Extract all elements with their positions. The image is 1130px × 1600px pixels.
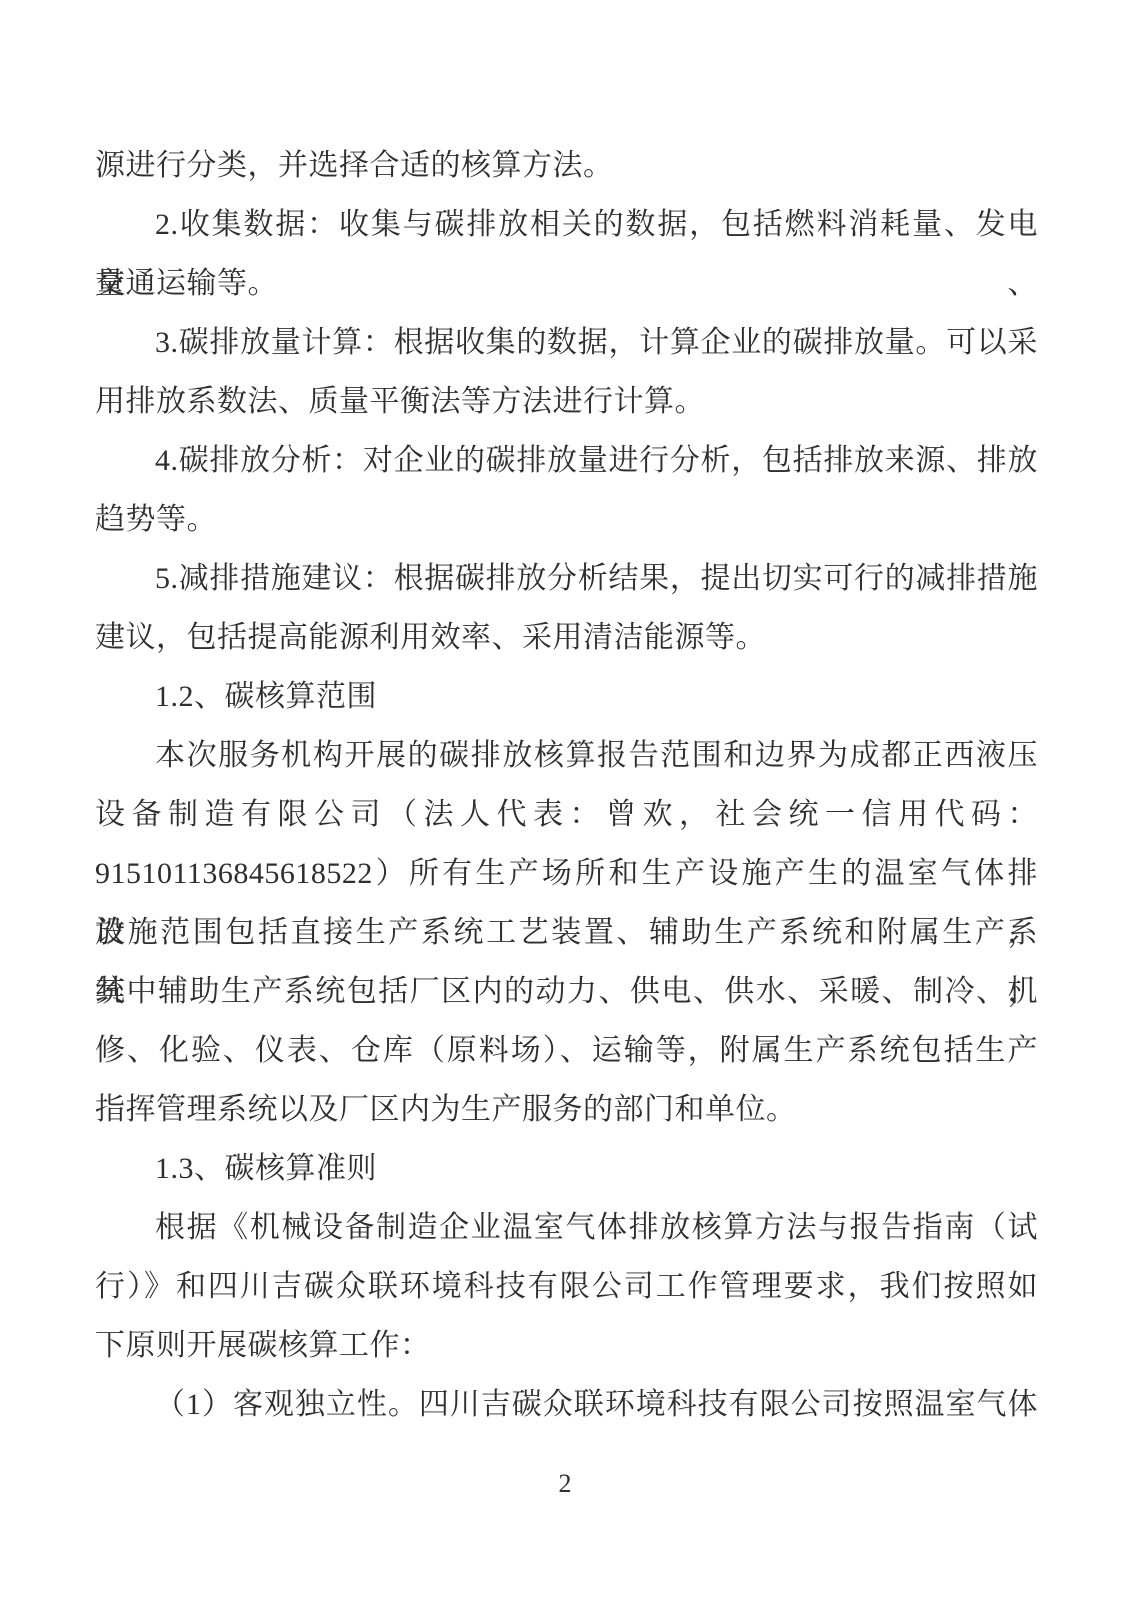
text-line: 趋势等。 (95, 490, 1038, 549)
text-line: 5.减排措施建议：根据碳排放分析结果，提出切实可行的减排措施 (95, 549, 1038, 608)
document-body: 源进行分类，并选择合适的核算方法。 2.收集数据：收集与碳排放相关的数据，包括燃… (95, 136, 1038, 1434)
section-heading: 1.2、碳核算范围 (95, 667, 1038, 726)
text-line: 下原则开展碳核算工作： (95, 1316, 1038, 1375)
text-line: 修、化验、仪表、仓库（原料场）、运输等，附属生产系统包括生产 (95, 1021, 1038, 1080)
text-line: 其中辅助生产系统包括厂区内的动力、供电、供水、采暖、制冷、机 (95, 962, 1038, 1021)
text-line: 用排放系数法、质量平衡法等方法进行计算。 (95, 372, 1038, 431)
text-line: （1）客观独立性。四川吉碳众联环境科技有限公司按照温室气体 (95, 1375, 1038, 1434)
text-line: 4.碳排放分析：对企业的碳排放量进行分析，包括排放来源、排放 (95, 431, 1038, 490)
section-heading: 1.3、碳核算准则 (95, 1139, 1038, 1198)
text-line: 本次服务机构开展的碳排放核算报告范围和边界为成都正西液压 (95, 726, 1038, 785)
text-line: 建议，包括提高能源利用效率、采用清洁能源等。 (95, 608, 1038, 667)
text-line: 行）》和四川吉碳众联环境科技有限公司工作管理要求，我们按照如 (95, 1257, 1038, 1316)
text-line: 设备制造有限公司（法人代表：曾欢，社会统一信用代码： (95, 785, 1038, 844)
page-number: 2 (0, 1466, 1130, 1502)
text-line: 指挥管理系统以及厂区内为生产服务的部门和单位。 (95, 1080, 1038, 1139)
text-line: 3.碳排放量计算：根据收集的数据，计算企业的碳排放量。可以采 (95, 313, 1038, 372)
text-line: 设施范围包括直接生产系统工艺装置、辅助生产系统和附属生产系统， (95, 903, 1038, 962)
document-page: 源进行分类，并选择合适的核算方法。 2.收集数据：收集与碳排放相关的数据，包括燃… (0, 0, 1130, 1600)
text-line: 2.收集数据：收集与碳排放相关的数据，包括燃料消耗量、发电量、 (95, 195, 1038, 254)
text-line: 源进行分类，并选择合适的核算方法。 (95, 136, 1038, 195)
text-line: 915101136845618522）所有生产场所和生产设施产生的温室气体排放， (95, 844, 1038, 903)
text-line: 根据《机械设备制造企业温室气体排放核算方法与报告指南（试 (95, 1198, 1038, 1257)
